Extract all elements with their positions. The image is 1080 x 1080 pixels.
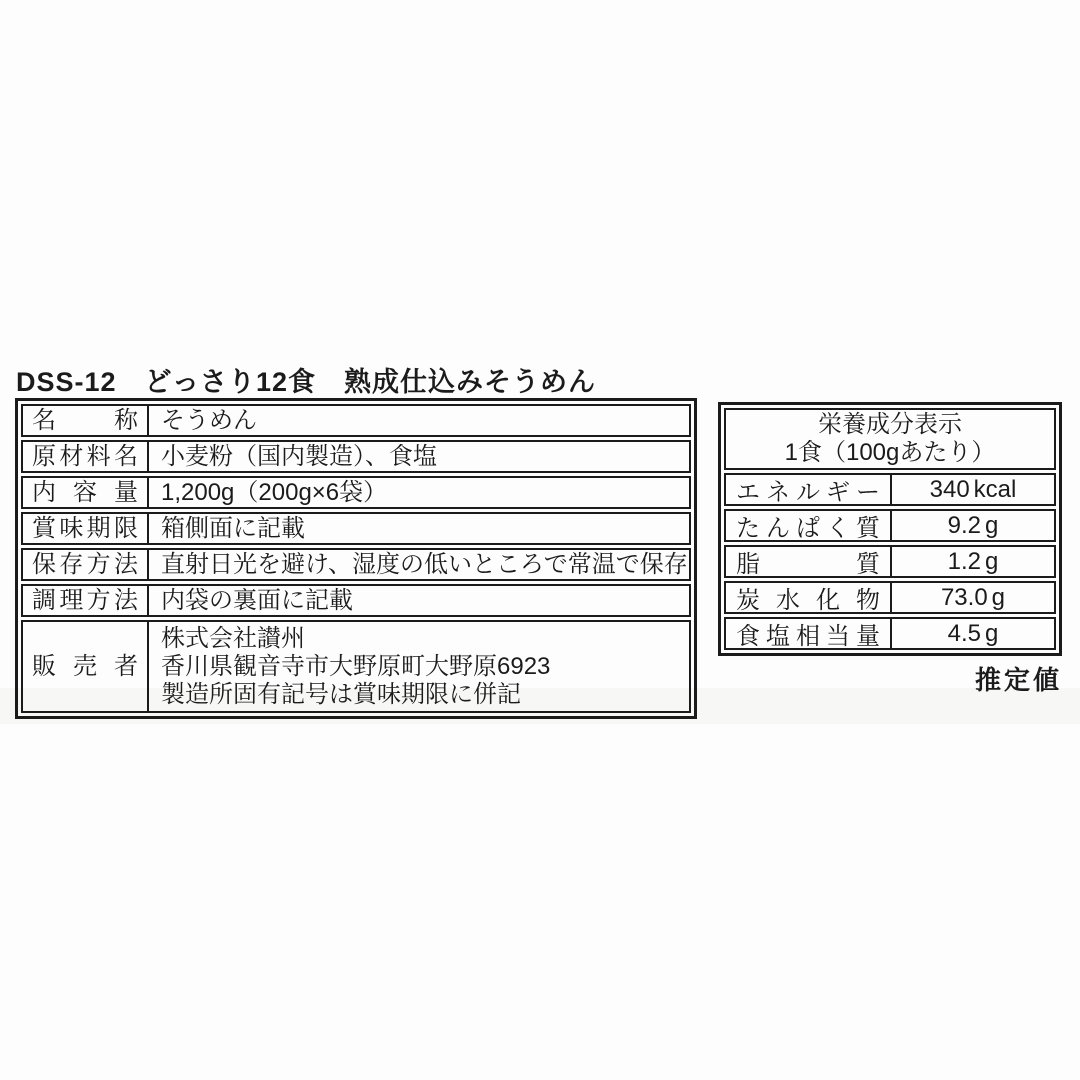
seller-address: 香川県観音寺市大野原町大野原6923 bbox=[161, 653, 685, 681]
nutrient-value: 340kcal bbox=[892, 475, 1054, 504]
table-row-storage: 保存方法 直射日光を避け、湿度の低いところで常温で保存 bbox=[21, 548, 691, 581]
nutrition-row-carbohydrate: 炭水化物 73.0g bbox=[724, 581, 1056, 614]
table-row-name: 名称 そうめん bbox=[21, 404, 691, 437]
seller-company: 株式会社讃州 bbox=[161, 625, 685, 653]
table-row-best-before: 賞味期限 箱側面に記載 bbox=[21, 512, 691, 545]
nutrition-row-protein: たんぱく質 9.2g bbox=[724, 509, 1056, 542]
nutrient-label: たんぱく質 bbox=[726, 511, 892, 540]
nutrition-title: 栄養成分表示 bbox=[818, 411, 962, 439]
product-info-table: 名称 そうめん 原材料名 小麦粉（国内製造）、食塩 内容量 1,200g（200… bbox=[15, 398, 697, 719]
nutrient-value: 4.5g bbox=[892, 619, 1054, 648]
nutrient-value: 1.2g bbox=[892, 547, 1054, 576]
row-label: 賞味期限 bbox=[23, 514, 149, 543]
row-value: そうめん bbox=[149, 406, 689, 435]
nutrition-header: 栄養成分表示 1食（100gあたり） bbox=[724, 408, 1056, 470]
row-label: 販売者 bbox=[23, 622, 149, 711]
nutrient-value: 73.0g bbox=[892, 583, 1054, 612]
table-row-seller: 販売者 株式会社讃州 香川県観音寺市大野原町大野原6923 製造所固有記号は賞味… bbox=[21, 620, 691, 713]
nutrition-row-energy: エネルギー 340kcal bbox=[724, 473, 1056, 506]
row-label: 名称 bbox=[23, 406, 149, 435]
label-scan-page: DSS-12 どっさり12食 熟成仕込みそうめん 名称 そうめん 原材料名 小麦… bbox=[0, 0, 1080, 1080]
nutrient-label: 脂質 bbox=[726, 547, 892, 576]
row-value: 株式会社讃州 香川県観音寺市大野原町大野原6923 製造所固有記号は賞味期限に併… bbox=[149, 622, 689, 711]
nutrition-row-fat: 脂質 1.2g bbox=[724, 545, 1056, 578]
nutrient-label: エネルギー bbox=[726, 475, 892, 504]
row-value: 内袋の裏面に記載 bbox=[149, 586, 689, 615]
nutrient-label: 炭水化物 bbox=[726, 583, 892, 612]
row-value: 1,200g（200g×6袋） bbox=[149, 478, 689, 507]
row-value: 直射日光を避け、湿度の低いところで常温で保存 bbox=[149, 550, 692, 579]
nutrition-row-salt: 食塩相当量 4.5g bbox=[724, 617, 1056, 650]
nutrient-value: 9.2g bbox=[892, 511, 1054, 540]
row-label: 調理方法 bbox=[23, 586, 149, 615]
estimated-values-note: 推定値 bbox=[718, 660, 1062, 697]
seller-factory-note: 製造所固有記号は賞味期限に併記 bbox=[161, 681, 685, 709]
row-label: 内容量 bbox=[23, 478, 149, 507]
table-row-cooking: 調理方法 内袋の裏面に記載 bbox=[21, 584, 691, 617]
row-label: 原材料名 bbox=[23, 442, 149, 471]
nutrition-subtitle: 1食（100gあたり） bbox=[785, 439, 996, 467]
row-label: 保存方法 bbox=[23, 550, 149, 579]
product-code-title: DSS-12 どっさり12食 熟成仕込みそうめん bbox=[16, 360, 596, 399]
nutrition-table: 栄養成分表示 1食（100gあたり） エネルギー 340kcal たんぱく質 9… bbox=[718, 402, 1062, 656]
row-value: 箱側面に記載 bbox=[149, 514, 689, 543]
nutrient-label: 食塩相当量 bbox=[726, 619, 892, 648]
table-row-ingredients: 原材料名 小麦粉（国内製造）、食塩 bbox=[21, 440, 691, 473]
table-row-net-content: 内容量 1,200g（200g×6袋） bbox=[21, 476, 691, 509]
row-value: 小麦粉（国内製造）、食塩 bbox=[149, 442, 689, 471]
